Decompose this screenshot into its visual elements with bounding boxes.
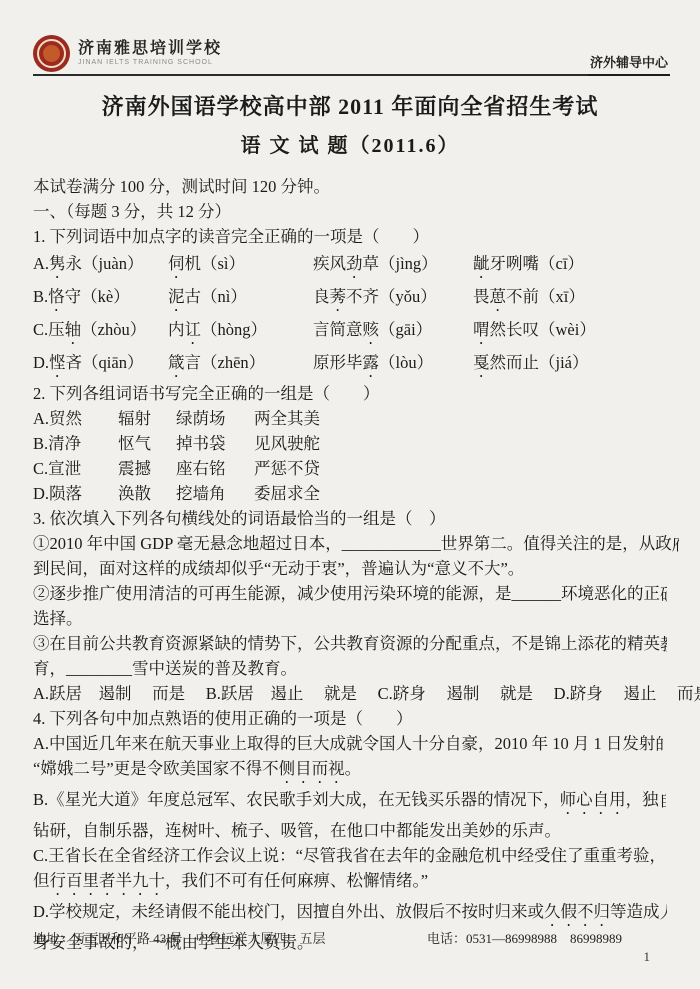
word-cell: 原形毕露（lòu） bbox=[313, 348, 473, 381]
text-segment: 教 bbox=[660, 632, 667, 653]
word-cell: 委屈求全 bbox=[254, 481, 320, 506]
text-segment: 言简意 bbox=[313, 320, 363, 339]
word-cell: 戛然而止（jiá） bbox=[473, 348, 589, 381]
emphasized-text: 喟 bbox=[473, 320, 490, 339]
text-segment: ②逐步推广使用清洁的可再生能源，减少使用污染环境的能源，是______环境恶化的… bbox=[33, 584, 660, 603]
word-cell: A.隽永（juàn） bbox=[33, 249, 168, 282]
word-cell: 内讧（hòng） bbox=[168, 315, 313, 348]
text-segment: 不齐（yǒu） bbox=[346, 287, 437, 306]
text-segment: 疾风 bbox=[313, 254, 346, 273]
word-cell: 言简意赅（gāi） bbox=[313, 315, 473, 348]
text-segment: 但 bbox=[33, 871, 50, 890]
word-cell: 辐射 bbox=[118, 406, 176, 431]
word-cell: 良莠不齐（yǒu） bbox=[313, 282, 473, 315]
letterhead: 济南雅思培训学校 JINAN IELTS TRAINING SCHOOL 济外辅… bbox=[33, 24, 670, 76]
word-cell: A.贸然 bbox=[33, 406, 118, 431]
text-segment: A. bbox=[33, 254, 49, 273]
emphasized-text: 葸 bbox=[490, 287, 507, 306]
emphasized-text: 行百里者半九十 bbox=[50, 871, 166, 890]
text-segment: 不前（xī） bbox=[506, 287, 585, 306]
text-segment: （lòu） bbox=[379, 353, 433, 372]
word-cell: 震撼 bbox=[118, 456, 176, 481]
word-cell: 疾风劲草（jìng） bbox=[313, 249, 473, 282]
q1-option-b: B.恪守（kè）泥古（nì）良莠不齐（yǒu）畏葸不前（xī） bbox=[33, 282, 700, 315]
text-segment: 然而止（jiá） bbox=[490, 353, 589, 372]
q4-option-c: C.王省长在全省经济工作会议上说：“尽管我省在去年的金融危机中经受住了重重考验， bbox=[33, 843, 700, 868]
word-cell: B.清净 bbox=[33, 431, 118, 456]
text-segment: 人 bbox=[660, 900, 667, 921]
text-segment: 吝（qiān） bbox=[66, 353, 144, 372]
emphasized-text: 隽 bbox=[49, 254, 66, 273]
q2-option-a: A.贸然辐射绿荫场两全其美 bbox=[33, 406, 700, 431]
text-segment: 内 bbox=[168, 320, 185, 339]
text-segment: 原形毕 bbox=[313, 353, 363, 372]
emphasized-text: 师心自用 bbox=[560, 790, 626, 809]
q1-option-d: D.悭吝（qiān）箴言（zhēn）原形毕露（lòu）戛然而止（jiá） bbox=[33, 348, 700, 381]
emphasized-text: 侧目而视 bbox=[279, 759, 345, 778]
text-segment: A.跃居 遏制 而是 B.跃居 遏止 就是 C.跻身 遏制 就是 D.跻身 遏止… bbox=[33, 684, 693, 703]
logo-core bbox=[43, 45, 60, 62]
tutoring-center-label: 济外辅导中心 bbox=[588, 52, 670, 76]
emphasized-text: 莠 bbox=[330, 287, 347, 306]
school-name: 济南雅思培训学校 bbox=[78, 40, 222, 58]
q3-sentence-3: ③在目前公共教育资源紧缺的情势下，公共教育资源的分配重点，不是锦上添花的精英教 bbox=[33, 631, 700, 656]
text-segment: （gāi） bbox=[379, 320, 432, 339]
text-segment: ，独 bbox=[626, 790, 659, 809]
emphasized-text: 伺 bbox=[168, 254, 185, 273]
text-segment: 言（zhēn） bbox=[185, 353, 266, 372]
q3-sentence-2-cont: 选择。 bbox=[33, 606, 700, 631]
section-one-header: 一、（每题 3 分，共 12 分） bbox=[33, 199, 700, 224]
footer-phone: 电话：0531—86998988 86998989 bbox=[427, 928, 670, 947]
word-cell: D.悭吝（qiān） bbox=[33, 348, 168, 381]
word-cell: 绿荫场 bbox=[176, 406, 254, 431]
q4-option-b: B.《星光大道》年度总冠军、农民歌手刘大成，在无钱买乐器的情况下，师心自用，独自 bbox=[33, 787, 700, 818]
word-cell: C.压轴（zhòu） bbox=[33, 315, 168, 348]
text-segment: 草（jìng） bbox=[363, 254, 438, 273]
word-cell: 喟然长叹（wèi） bbox=[473, 315, 596, 348]
emphasized-text: 露 bbox=[363, 353, 380, 372]
emphasized-text: 劲 bbox=[346, 254, 363, 273]
q4-option-b-cont: 钻研，自制乐器，连树叶、梳子、吸管，在他口中都能发出美妙的乐声。 bbox=[33, 818, 700, 843]
q2-option-d: D.陨落涣散挖墙角委屈求全 bbox=[33, 481, 700, 506]
emphasized-text: 恪 bbox=[48, 287, 65, 306]
document-body: 济南外国语学校高中部 2011 年面向全省招生考试语 文 试 题（2011.6）… bbox=[33, 80, 700, 955]
paper-title: 语 文 试 题（2011.6） bbox=[33, 132, 667, 160]
word-cell: D.陨落 bbox=[33, 481, 118, 506]
q1-option-c: C.压轴（zhòu）内讧（hòng）言简意赅（gāi）喟然长叹（wèi） bbox=[33, 315, 700, 348]
paper-info: 本试卷满分 100 分，测试时间 120 分钟。 bbox=[33, 174, 700, 199]
exam-title: 济南外国语学校高中部 2011 年面向全省招生考试 bbox=[33, 92, 667, 122]
emphasized-text: 轴 bbox=[65, 320, 82, 339]
text-segment: 等造成 bbox=[610, 902, 660, 921]
word-cell: 掉书袋 bbox=[176, 431, 254, 456]
text-segment: （zhòu） bbox=[81, 320, 146, 339]
word-cell: 伺机（sì） bbox=[168, 249, 313, 282]
text-segment: 良 bbox=[313, 287, 330, 306]
exam-paper-page: 济南雅思培训学校 JINAN IELTS TRAINING SCHOOL 济外辅… bbox=[0, 0, 700, 989]
text-segment: 确 bbox=[660, 582, 667, 603]
word-cell: 畏葸不前（xī） bbox=[473, 282, 585, 315]
text-segment: D.学校规定，未经请假不能出校门，因擅自外出、放假后不按时归来或 bbox=[33, 902, 544, 921]
text-segment: 府 bbox=[672, 532, 679, 553]
text-segment: （hòng） bbox=[201, 320, 267, 339]
q4-option-a-cont: “嫦娥二号”更是令欧美国家不得不侧目而视。 bbox=[33, 756, 700, 787]
q4-option-a: A.中国近几年来在航天事业上取得的巨大成就令国人十分自豪，2010 年 10 月… bbox=[33, 731, 700, 756]
logo-text: 济南雅思培训学校 JINAN IELTS TRAINING SCHOOL bbox=[78, 40, 222, 67]
school-logo-icon bbox=[33, 35, 70, 72]
q3-sentence-1: ①2010 年中国 GDP 毫无悬念地超过日本，____________世界第二… bbox=[33, 531, 700, 556]
q2-option-b: B.清净怄气掉书袋见风驶舵 bbox=[33, 431, 700, 456]
text-segment: 然长叹（wèi） bbox=[490, 320, 596, 339]
emphasized-text: 久假不归 bbox=[544, 902, 610, 921]
text-segment: D. bbox=[33, 353, 49, 372]
word-cell: B.恪守（kè） bbox=[33, 282, 168, 315]
text-segment: ①2010 年中国 GDP 毫无悬念地超过日本，____________世界第二… bbox=[33, 534, 672, 553]
emphasized-text: 讧 bbox=[185, 320, 202, 339]
word-cell: C.宣泄 bbox=[33, 456, 118, 481]
text-segment: C.压 bbox=[33, 320, 65, 339]
q1-option-a: A.隽永（juàn）伺机（sì）疾风劲草（jìng）龇牙咧嘴（cī） bbox=[33, 249, 700, 282]
word-cell: 泥古（nì） bbox=[168, 282, 313, 315]
q3-sentence-1-cont: 到民间，面对这样的成绩却似乎“无动于衷”，普遍认为“意义不大”。 bbox=[33, 556, 700, 581]
page-number: 1 bbox=[644, 949, 651, 965]
q3-sentence-2: ②逐步推广使用清洁的可再生能源，减少使用污染环境的能源，是______环境恶化的… bbox=[33, 581, 700, 606]
text-segment: 永（juàn） bbox=[66, 254, 144, 273]
text-segment: 守（kè） bbox=[65, 287, 130, 306]
emphasized-text: 龇 bbox=[473, 254, 490, 273]
text-segment: ③在目前公共教育资源紧缺的情势下，公共教育资源的分配重点，不是锦上添花的精英 bbox=[33, 634, 660, 653]
emphasized-text: 戛 bbox=[473, 353, 490, 372]
q4-option-d: D.学校规定，未经请假不能出校门，因擅自外出、放假后不按时归来或久假不归等造成人 bbox=[33, 899, 700, 930]
school-logo: 济南雅思培训学校 JINAN IELTS TRAINING SCHOOL bbox=[33, 35, 222, 72]
word-cell: 龇牙咧嘴（cī） bbox=[473, 249, 584, 282]
q4-option-c-cont: 但行百里者半九十，我们不可有任何麻痹、松懈情绪。” bbox=[33, 868, 700, 899]
q3-stem: 3. 依次填入下列各句横线处的词语最恰当的一组是（ ） bbox=[33, 506, 700, 531]
text-segment: 机（sì） bbox=[185, 254, 246, 273]
school-name-en: JINAN IELTS TRAINING SCHOOL bbox=[78, 59, 222, 67]
text-segment: ，我们不可有任何麻痹、松懈情绪。” bbox=[165, 871, 428, 890]
footer: 地址：历下区和平路 43 号 中鲁远洋大厦四、五层 电话：0531—869989… bbox=[33, 928, 670, 947]
text-segment: B.《星光大道》年度总冠军、农民歌手刘大成，在无钱买乐器的情况下， bbox=[33, 790, 560, 809]
q3-choices: A.跃居 遏制 而是 B.跃居 遏止 就是 C.跻身 遏制 就是 D.跻身 遏止… bbox=[33, 681, 700, 706]
word-cell: 怄气 bbox=[118, 431, 176, 456]
word-cell: 涣散 bbox=[118, 481, 176, 506]
text-segment: 自 bbox=[659, 788, 666, 809]
emphasized-text: 赅 bbox=[363, 320, 380, 339]
word-cell: 挖墙角 bbox=[176, 481, 254, 506]
text-segment: 牙咧嘴（cī） bbox=[490, 254, 584, 273]
q2-stem: 2. 下列各组词语书写完全正确的一组是（ ） bbox=[33, 381, 700, 406]
text-segment: 。 bbox=[345, 759, 362, 778]
text-segment: 的 bbox=[655, 732, 662, 753]
q2-option-c: C.宣泄震撼座右铭严惩不贷 bbox=[33, 456, 700, 481]
emphasized-text: 悭 bbox=[49, 353, 66, 372]
text-segment: A.中国近几年来在航天事业上取得的巨大成就令国人十分自豪，2010 年 10 月… bbox=[33, 734, 655, 753]
emphasized-text: 泥 bbox=[168, 287, 185, 306]
footer-address: 地址：历下区和平路 43 号 中鲁远洋大厦四、五层 bbox=[33, 928, 326, 947]
text-segment: 畏 bbox=[473, 287, 490, 306]
q3-sentence-3-cont: 育，________雪中送炭的普及教育。 bbox=[33, 656, 700, 681]
text-segment: 古（nì） bbox=[185, 287, 247, 306]
q1-stem: 1. 下列词语中加点字的读音完全正确的一项是（ ） bbox=[33, 224, 700, 249]
word-cell: 严惩不贷 bbox=[254, 456, 320, 481]
emphasized-text: 箴 bbox=[168, 353, 185, 372]
word-cell: 座右铭 bbox=[176, 456, 254, 481]
q4-stem: 4. 下列各句中加点熟语的使用正确的一项是（ ） bbox=[33, 706, 700, 731]
word-cell: 见风驶舵 bbox=[254, 431, 320, 456]
word-cell: 两全其美 bbox=[254, 406, 320, 431]
text-segment: 是 bbox=[693, 682, 700, 703]
word-cell: 箴言（zhēn） bbox=[168, 348, 313, 381]
text-segment: B. bbox=[33, 287, 48, 306]
text-segment: “嫦娥二号”更是令欧美国家不得不 bbox=[33, 759, 279, 778]
